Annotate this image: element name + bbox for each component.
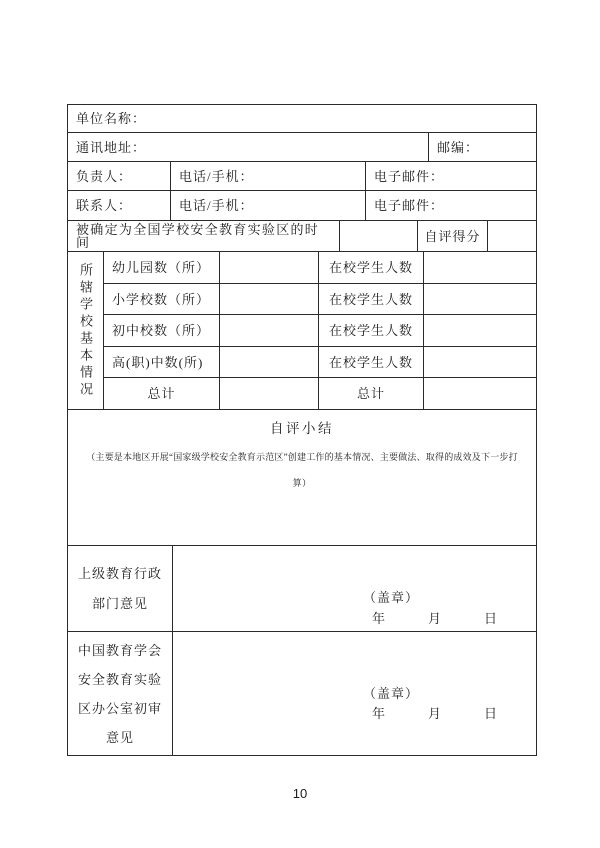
opinion-label-line: 中国教育学会 [78, 636, 162, 665]
postal-code-cell: 邮编： [429, 133, 536, 161]
school-total-label: 总计 [147, 387, 175, 400]
students-label-cell: 在校学生人数 [319, 315, 424, 346]
seal-placeholder: （盖章） [363, 686, 419, 702]
summary-title: 自评小结 [68, 422, 536, 436]
school-info-vertical-header: 所辖学校基本情况 [79, 263, 92, 399]
summary-note: （主要是本地区开展“国家级学校安全教育示范区”创建工作的基本情况、主要做法、取得… [81, 444, 523, 496]
self-score-label: 自评得分 [424, 230, 480, 243]
opinion-label-line: 意见 [106, 723, 134, 752]
students-label: 在校学生人数 [329, 356, 413, 369]
school-row-total: 总计 总计 [104, 378, 536, 409]
office-preliminary-review-content: （盖章） 年 月 日 [173, 632, 536, 755]
school-count-value-cell [220, 284, 319, 314]
students-label: 在校学生人数 [329, 261, 413, 274]
students-total-label: 总计 [357, 387, 385, 400]
contact-email-cell: 电子邮件： [366, 191, 536, 220]
contact-email-label: 电子邮件： [374, 199, 444, 212]
contact-cell: 联系人： [68, 191, 171, 220]
school-type-label: 初中校数（所） [112, 324, 210, 337]
leader-phone-label: 电话/手机： [179, 170, 254, 183]
school-type-label: 幼儿园数（所） [112, 261, 210, 274]
school-row-kindergarten: 幼儿园数（所） 在校学生人数 [104, 252, 536, 284]
leader-row: 负责人： 电话/手机： 电子邮件： [68, 162, 536, 191]
contact-phone-cell: 电话/手机： [171, 191, 366, 220]
leader-email-cell: 电子邮件： [366, 162, 536, 190]
school-type-label: 高(职)中数(所) [112, 356, 203, 369]
confirmed-time-value-cell [340, 221, 418, 251]
school-row-junior: 初中校数（所） 在校学生人数 [104, 315, 536, 347]
school-row-senior: 高(职)中数(所) 在校学生人数 [104, 347, 536, 378]
superior-department-opinion-section: 上级教育行政 部门意见 （盖章） 年 月 日 [68, 546, 536, 632]
confirmed-time-label-cell: 被确定为全国学校安全教育实验区的时间 [68, 221, 340, 251]
school-count-value-cell [220, 315, 319, 346]
safety-education-experiment-form-table: 单位名称： 通讯地址： 邮编： 负责人： 电话/手机： 电子邮件： [67, 104, 537, 756]
opinion-label-line: 区办公室初审 [78, 694, 162, 723]
students-total-label-cell: 总计 [319, 378, 424, 409]
address-cell: 通讯地址： [68, 133, 429, 161]
leader-phone-cell: 电话/手机： [171, 162, 366, 190]
unit-name-row: 单位名称： [68, 105, 536, 133]
school-info-vertical-header-cell: 所辖学校基本情况 [68, 252, 104, 409]
seal-placeholder: （盖章） [363, 590, 419, 606]
document-page: 单位名称： 通讯地址： 邮编： 负责人： 电话/手机： 电子邮件： [0, 0, 600, 848]
students-value-cell [424, 284, 536, 314]
self-score-label-cell: 自评得分 [418, 221, 488, 251]
page-number: 10 [0, 786, 600, 801]
leader-email-label: 电子邮件： [374, 170, 444, 183]
students-label: 在校学生人数 [329, 293, 413, 306]
address-label: 通讯地址： [76, 141, 146, 154]
school-total-label-cell: 总计 [104, 378, 220, 409]
office-preliminary-review-section: 中国教育学会 安全教育实验 区办公室初审 意见 （盖章） 年 月 日 [68, 632, 536, 755]
opinion-label-line: 上级教育行政 [78, 559, 162, 589]
contact-label: 联系人： [76, 199, 132, 212]
confirmed-time-label: 被确定为全国学校安全教育实验区的时间 [76, 223, 331, 249]
self-evaluation-summary-section: 自评小结 （主要是本地区开展“国家级学校安全教育示范区”创建工作的基本情况、主要… [68, 410, 536, 546]
confirmed-time-row: 被确定为全国学校安全教育实验区的时间 自评得分 [68, 221, 536, 252]
school-type-cell: 初中校数（所） [104, 315, 220, 346]
superior-department-opinion-label: 上级教育行政 部门意见 [68, 546, 173, 631]
postal-code-label: 邮编： [437, 141, 479, 154]
school-row-primary: 小学校数（所） 在校学生人数 [104, 284, 536, 315]
date-placeholder: 年 月 日 [372, 706, 498, 722]
school-count-value-cell [220, 252, 319, 283]
school-info-grid: 幼儿园数（所） 在校学生人数 小学校数（所） 在校学生人数 [104, 252, 536, 409]
unit-name-cell: 单位名称： [68, 105, 536, 132]
school-type-cell: 小学校数（所） [104, 284, 220, 314]
students-label-cell: 在校学生人数 [319, 347, 424, 377]
opinion-label-line: 部门意见 [92, 589, 148, 619]
self-score-value-cell [488, 221, 536, 251]
students-total-value-cell [424, 378, 536, 409]
school-count-value-cell [220, 347, 319, 377]
school-info-section: 所辖学校基本情况 幼儿园数（所） 在校学生人数 小学校数（所） [68, 252, 536, 410]
school-type-label: 小学校数（所） [112, 293, 210, 306]
leader-cell: 负责人： [68, 162, 171, 190]
students-label: 在校学生人数 [329, 324, 413, 337]
students-value-cell [424, 252, 536, 283]
students-value-cell [424, 315, 536, 346]
opinion-label-line: 安全教育实验 [78, 665, 162, 694]
contact-phone-label: 电话/手机： [179, 199, 254, 212]
address-row: 通讯地址： 邮编： [68, 133, 536, 162]
school-total-value-cell [220, 378, 319, 409]
unit-name-label: 单位名称： [76, 112, 146, 125]
contact-row: 联系人： 电话/手机： 电子邮件： [68, 191, 536, 221]
date-placeholder: 年 月 日 [372, 611, 498, 627]
school-type-cell: 高(职)中数(所) [104, 347, 220, 377]
superior-department-opinion-content: （盖章） 年 月 日 [173, 546, 536, 631]
office-preliminary-review-label: 中国教育学会 安全教育实验 区办公室初审 意见 [68, 632, 173, 755]
school-type-cell: 幼儿园数（所） [104, 252, 220, 283]
students-label-cell: 在校学生人数 [319, 252, 424, 283]
students-label-cell: 在校学生人数 [319, 284, 424, 314]
leader-label: 负责人： [76, 170, 132, 183]
students-value-cell [424, 347, 536, 377]
